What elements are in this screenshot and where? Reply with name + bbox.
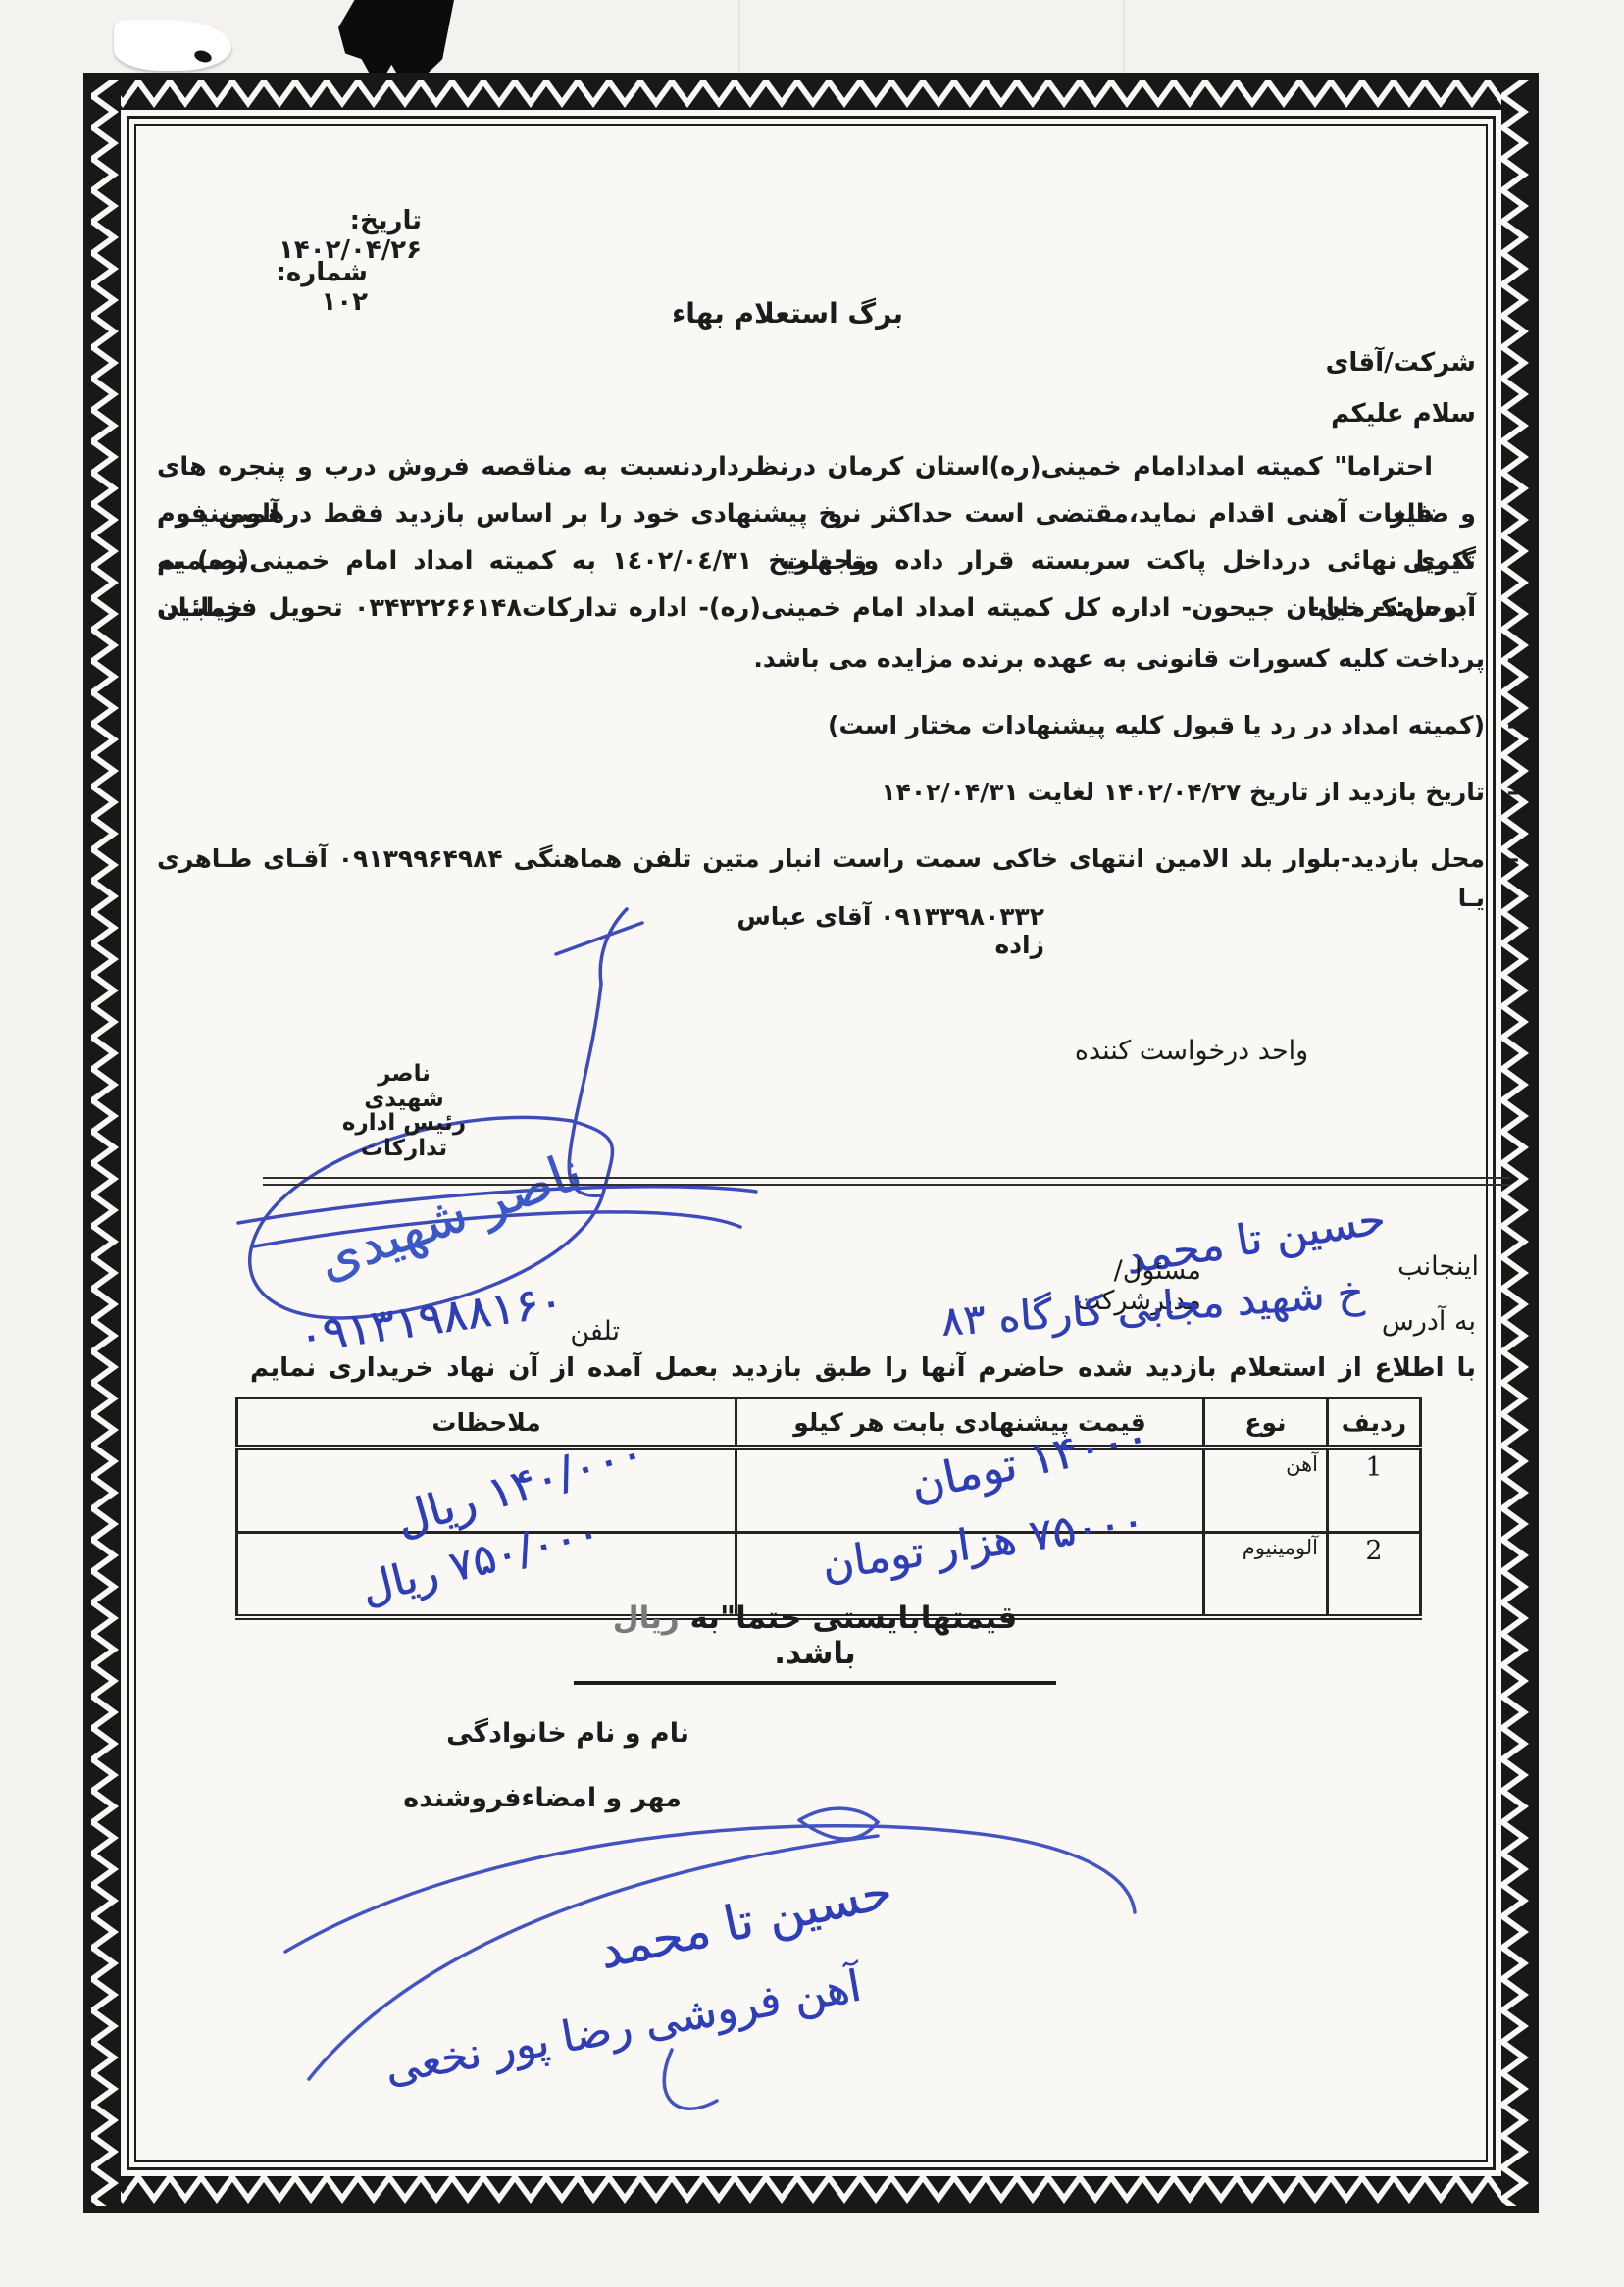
signer-name: ناصر شهیدی [345, 1061, 463, 1112]
cell-remarks [237, 1448, 736, 1533]
page-border-frame [83, 73, 1539, 2213]
col-header-type: نوع [1204, 1398, 1328, 1448]
zigzag-border-bottom [91, 2176, 1531, 2206]
greeting-line: سلام علیکم [1294, 399, 1476, 429]
role-label: مسئول/ مدیرشرکت [981, 1255, 1201, 1316]
body-line: گیری نهائی درداخل پاکت سربسته قرار داده … [157, 537, 1476, 584]
document-title: برگ استعلام بهاء [616, 297, 959, 330]
bullet-text: (کمیته امداد در رد یا قبول کلیه پیشنهادا… [157, 706, 1485, 745]
body-line: و ضایعات آهنی اقدام نماید،مقتضی است حداک… [157, 490, 1476, 537]
rial-notice: قیمتهابایستی حتما"به ریال باشد. [574, 1601, 1056, 1685]
zigzag-border-top [91, 80, 1531, 110]
cell-row-number: 1 [1328, 1448, 1421, 1533]
bullet-marker: – [1500, 639, 1526, 679]
declaration-line: با اطلاع از استعلام بازدید شده حاضرم آنه… [250, 1353, 1476, 1383]
number-row: شماره: ۱۰۲ [221, 258, 368, 317]
notice-text: قیمتهابایستی حتما"به [680, 1601, 1018, 1636]
bullet-marker: – [1500, 706, 1526, 745]
zigzag-border-right [1501, 80, 1531, 2206]
horizontal-double-rule [263, 1177, 1510, 1186]
bullet-text: تاریخ بازدید از تاریخ ۱۴۰۲/۰۴/۲۷ لغایت ۱… [157, 773, 1485, 812]
bullet-item: – پرداخت کلیه کسورات قانونی به عهده برند… [157, 639, 1526, 679]
table-row: 1 آهن [237, 1448, 1421, 1533]
bullet-text: پرداخت کلیه کسورات قانونی به عهده برنده … [157, 639, 1485, 679]
addressee-line: شرکت/آقای [1255, 348, 1476, 378]
paper-tear-mark [114, 20, 231, 71]
date-row: تاریخ: ۱۴۰۲/۰۴/۲۶ [221, 206, 422, 265]
seal-signature-label: مهر و امضاءفروشنده [378, 1783, 682, 1813]
requesting-unit-label: واحد درخواست کننده [1069, 1036, 1314, 1066]
bullet-marker: – [1500, 773, 1526, 812]
col-header-price: قیمت پیشنهادی بابت هر کیلو [736, 1398, 1204, 1448]
bullet-marker: – [1500, 839, 1526, 918]
body-paragraph: احتراما" کمیته امدادامام خمینی(ره)استان … [157, 443, 1476, 632]
bullet-item: – (کمیته امداد در رد یا قبول کلیه پیشنها… [157, 706, 1526, 745]
cell-type: آهن [1204, 1448, 1328, 1533]
price-table: ردیف نوع قیمت پیشنهادی بابت هر کیلو ملاح… [235, 1397, 1422, 1620]
notice-text: باشد. [774, 1636, 855, 1671]
table-header-row: ردیف نوع قیمت پیشنهادی بابت هر کیلو ملاح… [237, 1398, 1421, 1448]
zigzag-border-left [91, 80, 121, 2206]
applicant-label: اینجانب [1371, 1251, 1479, 1282]
phone-label: تلفن [547, 1316, 620, 1347]
cell-type: آلومینیوم [1204, 1533, 1328, 1618]
col-header-row-number: ردیف [1328, 1398, 1421, 1448]
signer-title: رئیس اداره تدارکات [316, 1110, 492, 1161]
notice-rial-word: ریال [613, 1601, 680, 1636]
number-label: شماره: [277, 258, 368, 287]
body-line: ابوحامد- خیابان جیحون- اداره کل کمیته ام… [157, 584, 1476, 632]
cell-row-number: 2 [1328, 1533, 1421, 1618]
scanned-price-inquiry-form: تاریخ: ۱۴۰۲/۰۴/۲۶ شماره: ۱۰۲ برگ استعلام… [0, 0, 1624, 2287]
cell-price [736, 1448, 1204, 1533]
name-label: نام و نام خانوادگی [420, 1718, 689, 1749]
col-header-remarks: ملاحظات [237, 1398, 736, 1448]
body-line: احتراما" کمیته امدادامام خمینی(ره)استان … [157, 443, 1476, 490]
date-label: تاریخ: [350, 206, 422, 235]
bullet-item: – تاریخ بازدید از تاریخ ۱۴۰۲/۰۴/۲۷ لغایت… [157, 773, 1526, 812]
number-value: ۱۰۲ [321, 287, 368, 317]
address-label: به آدرس [1373, 1306, 1476, 1337]
bullet-continuation: ۰۹۱۳۳۹۸۰۳۳۲ آقای عباس زاده [691, 902, 1044, 959]
